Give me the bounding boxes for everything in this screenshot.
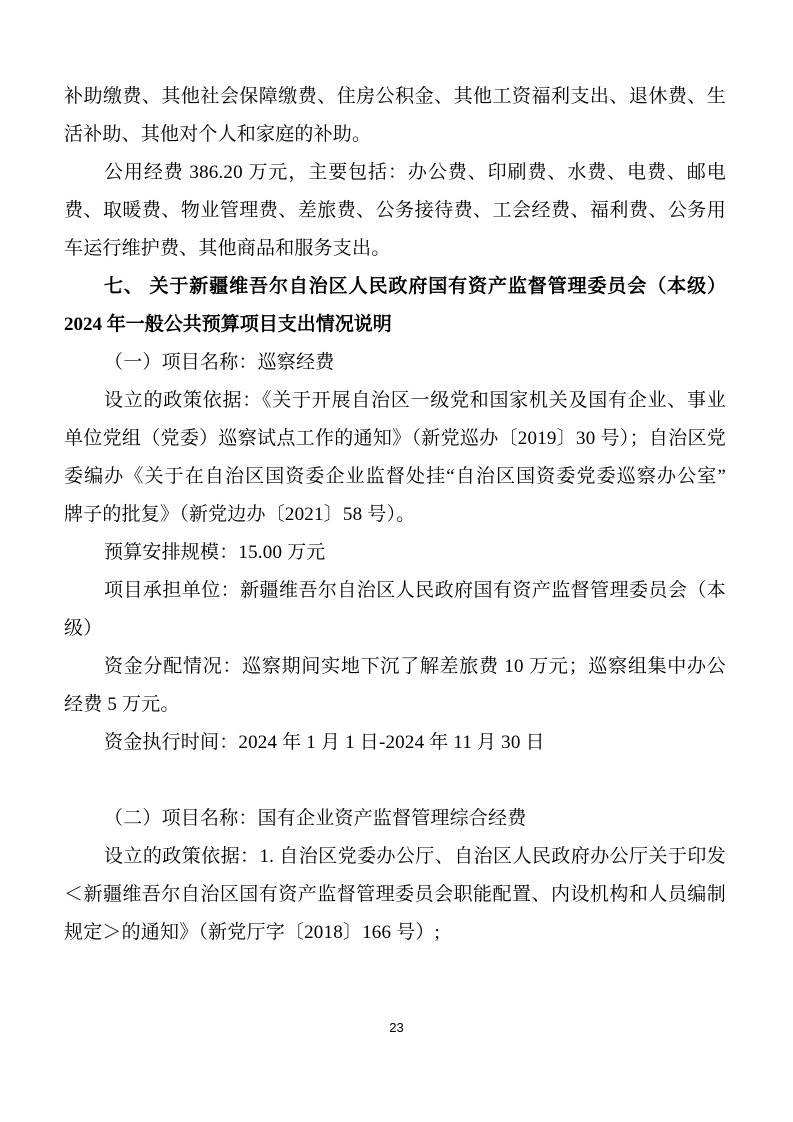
text-line: 补助缴费、其他社会保障缴费、住房公积金、其他工资福利支出、退休费、生 [64,78,726,116]
text-line: （一）项目名称：巡察经费 [64,344,726,382]
text-line: 单位党组（党委）巡察试点工作的通知》（新党巡办〔2019〕30 号）；自治区党 [64,420,726,458]
text-line: ＜新疆维吾尔自治区国有资产监督管理委员会职能配置、内设机构和人员编制 [64,876,726,914]
text-line: 七、 关于新疆维吾尔自治区人民政府国有资产监督管理委员会（本级） [64,268,726,306]
page-number: 23 [0,1018,793,1038]
document-body: 补助缴费、其他社会保障缴费、住房公积金、其他工资福利支出、退休费、生活补助、其他… [64,78,726,952]
text-line: 2024 年一般公共预算项目支出情况说明 [64,306,726,344]
text-line: 级） [64,610,726,648]
para-project-1-fund-allocation: 资金分配情况：巡察期间实地下沉了解差旅费 10 万元；巡察组集中办公经费 5 万… [64,648,726,724]
text-line: 设立的政策依据：1. 自治区党委办公厅、自治区人民政府办公厅关于印发 [64,838,726,876]
para-project-2-policy-basis: 设立的政策依据：1. 自治区党委办公厅、自治区人民政府办公厅关于印发＜新疆维吾尔… [64,838,726,952]
text-line: 委编办《关于在自治区国资委企业监督处挂“自治区国资委党委巡察办公室” [64,458,726,496]
text-line: 设立的政策依据：《关于开展自治区一级党和国家机关及国有企业、事业 [64,382,726,420]
text-line: 公用经费 386.20 万元，主要包括：办公费、印刷费、水费、电费、邮电 [64,154,726,192]
para-project-1-budget-scale: 预算安排规模：15.00 万元 [64,534,726,572]
text-line: 活补助、其他对个人和家庭的补助。 [64,116,726,154]
text-line: 预算安排规模：15.00 万元 [64,534,726,572]
para-project-2-name: （二）项目名称：国有企业资产监督管理综合经费 [64,800,726,838]
text-line [64,762,726,800]
para-public-expense: 公用经费 386.20 万元，主要包括：办公费、印刷费、水费、电费、邮电费、取暖… [64,154,726,268]
text-line: 规定＞的通知》（新党厅字〔2018〕166 号）; [64,914,726,952]
text-line: 项目承担单位：新疆维吾尔自治区人民政府国有资产监督管理委员会（本 [64,572,726,610]
document-page: 补助缴费、其他社会保障缴费、住房公积金、其他工资福利支出、退休费、生活补助、其他… [0,0,793,1122]
para-blank-spacer [64,762,726,800]
para-project-1-undertaking-unit: 项目承担单位：新疆维吾尔自治区人民政府国有资产监督管理委员会（本级） [64,572,726,648]
heading-section-7: 七、 关于新疆维吾尔自治区人民政府国有资产监督管理委员会（本级）2024 年一般… [64,268,726,344]
text-line: 牌子的批复》（新党边办〔2021〕58 号）。 [64,496,726,534]
para-personnel-expense-continuation: 补助缴费、其他社会保障缴费、住房公积金、其他工资福利支出、退休费、生活补助、其他… [64,78,726,154]
text-line: （二）项目名称：国有企业资产监督管理综合经费 [64,800,726,838]
para-project-1-name: （一）项目名称：巡察经费 [64,344,726,382]
text-line: 费、取暖费、物业管理费、差旅费、公务接待费、工会经费、福利费、公务用 [64,192,726,230]
text-line: 经费 5 万元。 [64,686,726,724]
text-line: 资金执行时间：2024 年 1 月 1 日-2024 年 11 月 30 日 [64,724,726,762]
para-project-1-execution-time: 资金执行时间：2024 年 1 月 1 日-2024 年 11 月 30 日 [64,724,726,762]
para-project-1-policy-basis: 设立的政策依据：《关于开展自治区一级党和国家机关及国有企业、事业单位党组（党委）… [64,382,726,534]
text-line: 车运行维护费、其他商品和服务支出。 [64,230,726,268]
text-line: 资金分配情况：巡察期间实地下沉了解差旅费 10 万元；巡察组集中办公 [64,648,726,686]
